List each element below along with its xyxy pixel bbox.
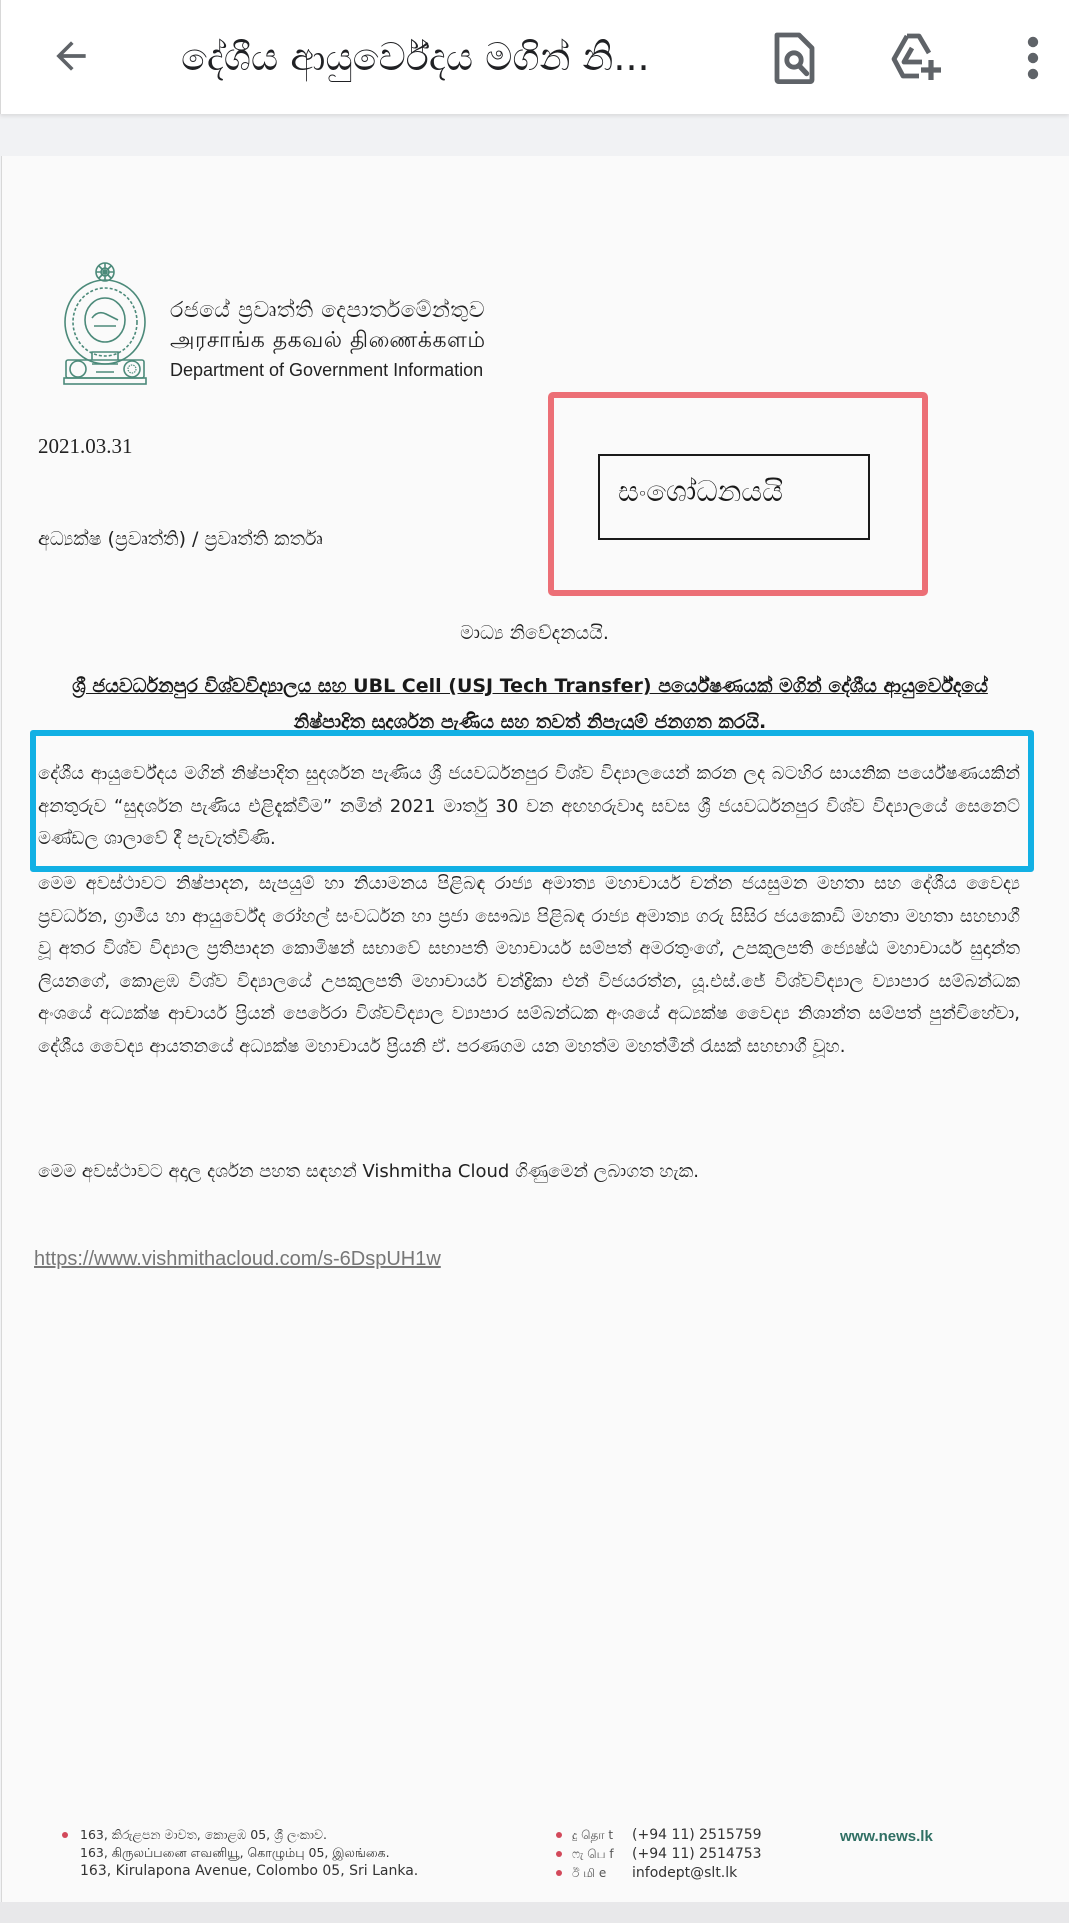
paragraph-footage: මෙම අවස්ථාවට අදාල දර්ශන පහත සඳහන් Vishmi… [38,1156,1020,1189]
letter-date: 2021.03.31 [38,434,133,459]
bullet-icon [556,1851,562,1857]
fax-label: ෆැ பெ f [572,1845,632,1864]
fax-number: (+94 11) 2514753 [632,1846,762,1862]
bullet-icon [556,1870,562,1876]
address-tamil: 163, கிருலப்பனை எவனியூ, கொழும்பு 05, இலங… [80,1844,418,1862]
contact-fax: ෆැ பெ f(+94 11) 2514753 [556,1845,762,1864]
footer-contacts: දු தொ t(+94 11) 2515759 ෆැ பெ f(+94 11) … [556,1826,762,1883]
paragraph-attendees: මෙම අවස්ථාවට නිෂ්පාදන, සැපයුම් හා නියාමන… [38,868,1020,1063]
arrow-back-icon [49,34,93,78]
find-in-page-icon [773,32,817,84]
letterhead: රජයේ ප්‍රවෘත්ති දෙපාර්තමේන්තුව அரசாங்க த… [170,296,486,384]
sri-lanka-emblem-icon [62,260,148,386]
letterhead-english: Department of Government Information [170,356,486,384]
website: www.news.lk [840,1828,933,1845]
add-to-drive-icon [889,32,945,84]
bullet-icon [62,1832,68,1838]
more-vert-icon [1023,34,1043,82]
media-release-label: මාධ්‍ය නිවේදනයයි. [0,622,1069,644]
add-to-drive-button[interactable] [885,26,949,90]
bullet-icon [556,1832,562,1838]
headline-line-1: ශ්‍රී ජයවර්ධනපුර විශ්වවිද්‍යාලය සහ UBL C… [40,668,1020,704]
contact-telephone: දු தொ t(+94 11) 2515759 [556,1826,762,1845]
more-options-button[interactable] [1001,26,1065,90]
find-in-page-button[interactable] [763,26,827,90]
amendment-stamp: සංශෝධනයයි [598,454,870,540]
address-english: 163, Kirulapona Avenue, Colombo 05, Sri … [80,1862,418,1880]
address-sinhala: 163, කිරුළපන මාවත, කොළඹ 05, ශ්‍රී ලංකාව. [80,1826,418,1844]
tel-label: දු தொ t [572,1826,632,1845]
document-title: දේශීය ආයුර්වේදය මගින් නි... [181,26,721,88]
footer-address: 163, කිරුළපන මාවත, කොළඹ 05, ශ්‍රී ලංකාව.… [80,1826,418,1880]
letterhead-tamil: அரசாங்க தகவல் திணைக்களம் [170,326,486,356]
app-bar: දේශීය ආයුර්වේදය මගින් නි... [0,0,1069,114]
email-label: ඊ மி e [572,1864,632,1883]
letterhead-sinhala: රජයේ ප්‍රවෘත්ති දෙපාර්තමේන්තුව [170,296,486,326]
contact-email: ඊ மி einfodept@slt.lk [556,1864,762,1883]
tel-number: (+94 11) 2515759 [632,1827,762,1843]
paragraph-event: දේශීය ආයුර්වේදය මගින් නිෂ්පාදිත සුදර්ශන … [38,758,1020,856]
page-gap [0,1902,1069,1923]
email-address: infodept@slt.lk [632,1865,737,1881]
footage-link[interactable]: https://www.vishmithacloud.com/s-6DspUH1… [34,1248,441,1271]
back-button[interactable] [41,26,101,86]
addressee: අධ්‍යක්ෂ (ප්‍රවෘත්ති) / ප්‍රවෘත්ති කර්තෘ [38,528,323,550]
